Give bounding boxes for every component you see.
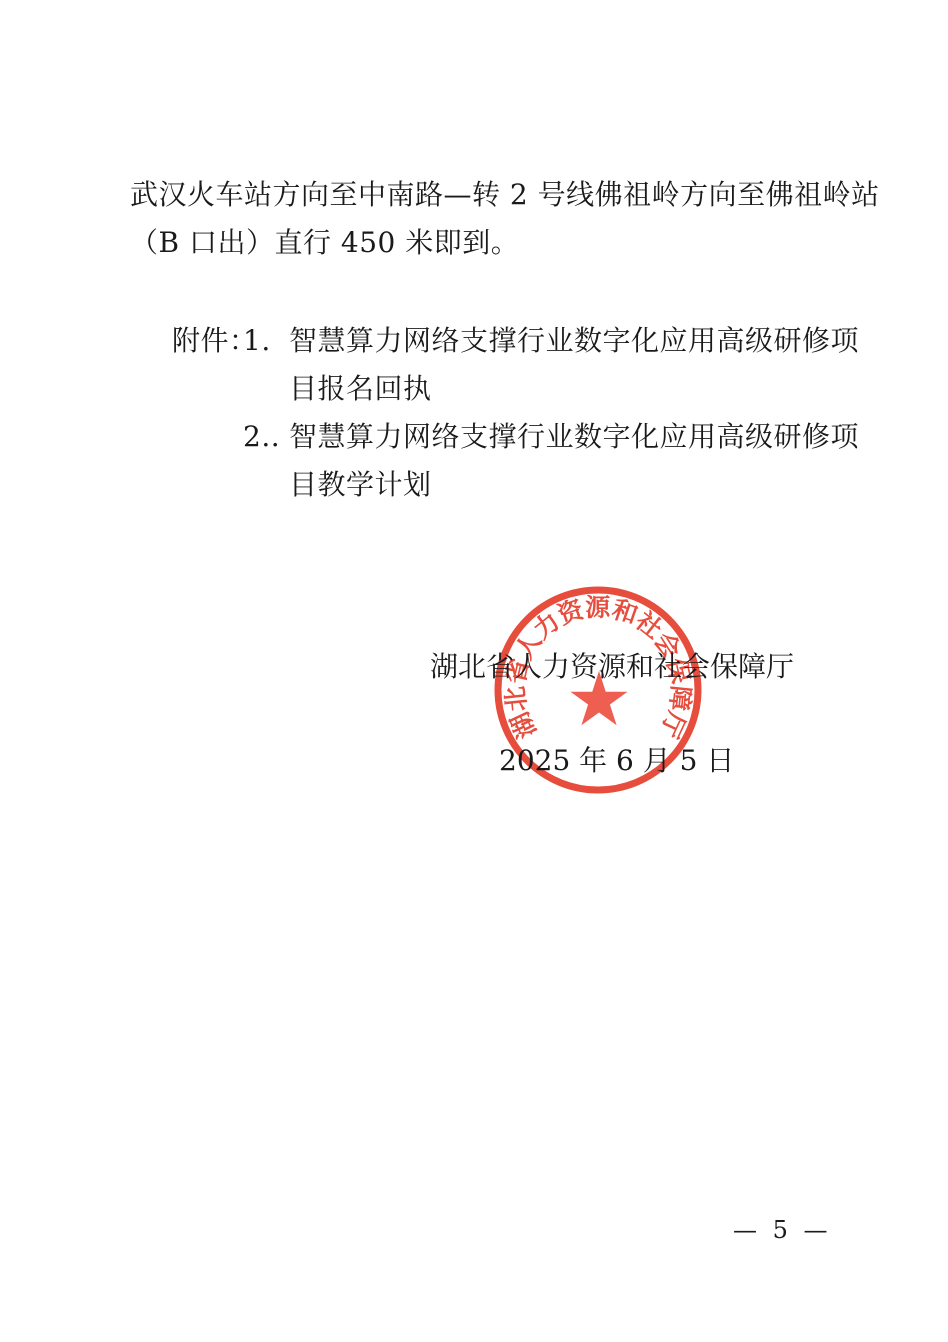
attachment-item-2-number: 2.. (243, 421, 280, 453)
attachment-item-1-text-continued: 目报名回执 (289, 373, 432, 405)
page-number: — 5 — (733, 1216, 832, 1244)
body-text-line-2: （B 口出）直行 450 米即到。 (130, 227, 519, 259)
attachment-item-2-text: 智慧算力网络支撑行业数字化应用高级研修项 (289, 421, 859, 453)
attachment-item-2-text-continued: 目教学计划 (289, 469, 432, 501)
document-date: 2025 年 6 月 5 日 (499, 745, 734, 777)
signature-line: 湖北省人力资源和社会保障厅 (430, 651, 794, 683)
attachment-item-1-text: 智慧算力网络支撑行业数字化应用高级研修项 (289, 325, 859, 357)
body-text-line-1: 武汉火车站方向至中南路—转 2 号线佛祖岭方向至佛祖岭站 (130, 179, 880, 211)
attachment-item-1-number: 1. (243, 325, 271, 357)
document-page: 武汉火车站方向至中南路—转 2 号线佛祖岭方向至佛祖岭站 （B 口出）直行 45… (0, 0, 948, 1342)
